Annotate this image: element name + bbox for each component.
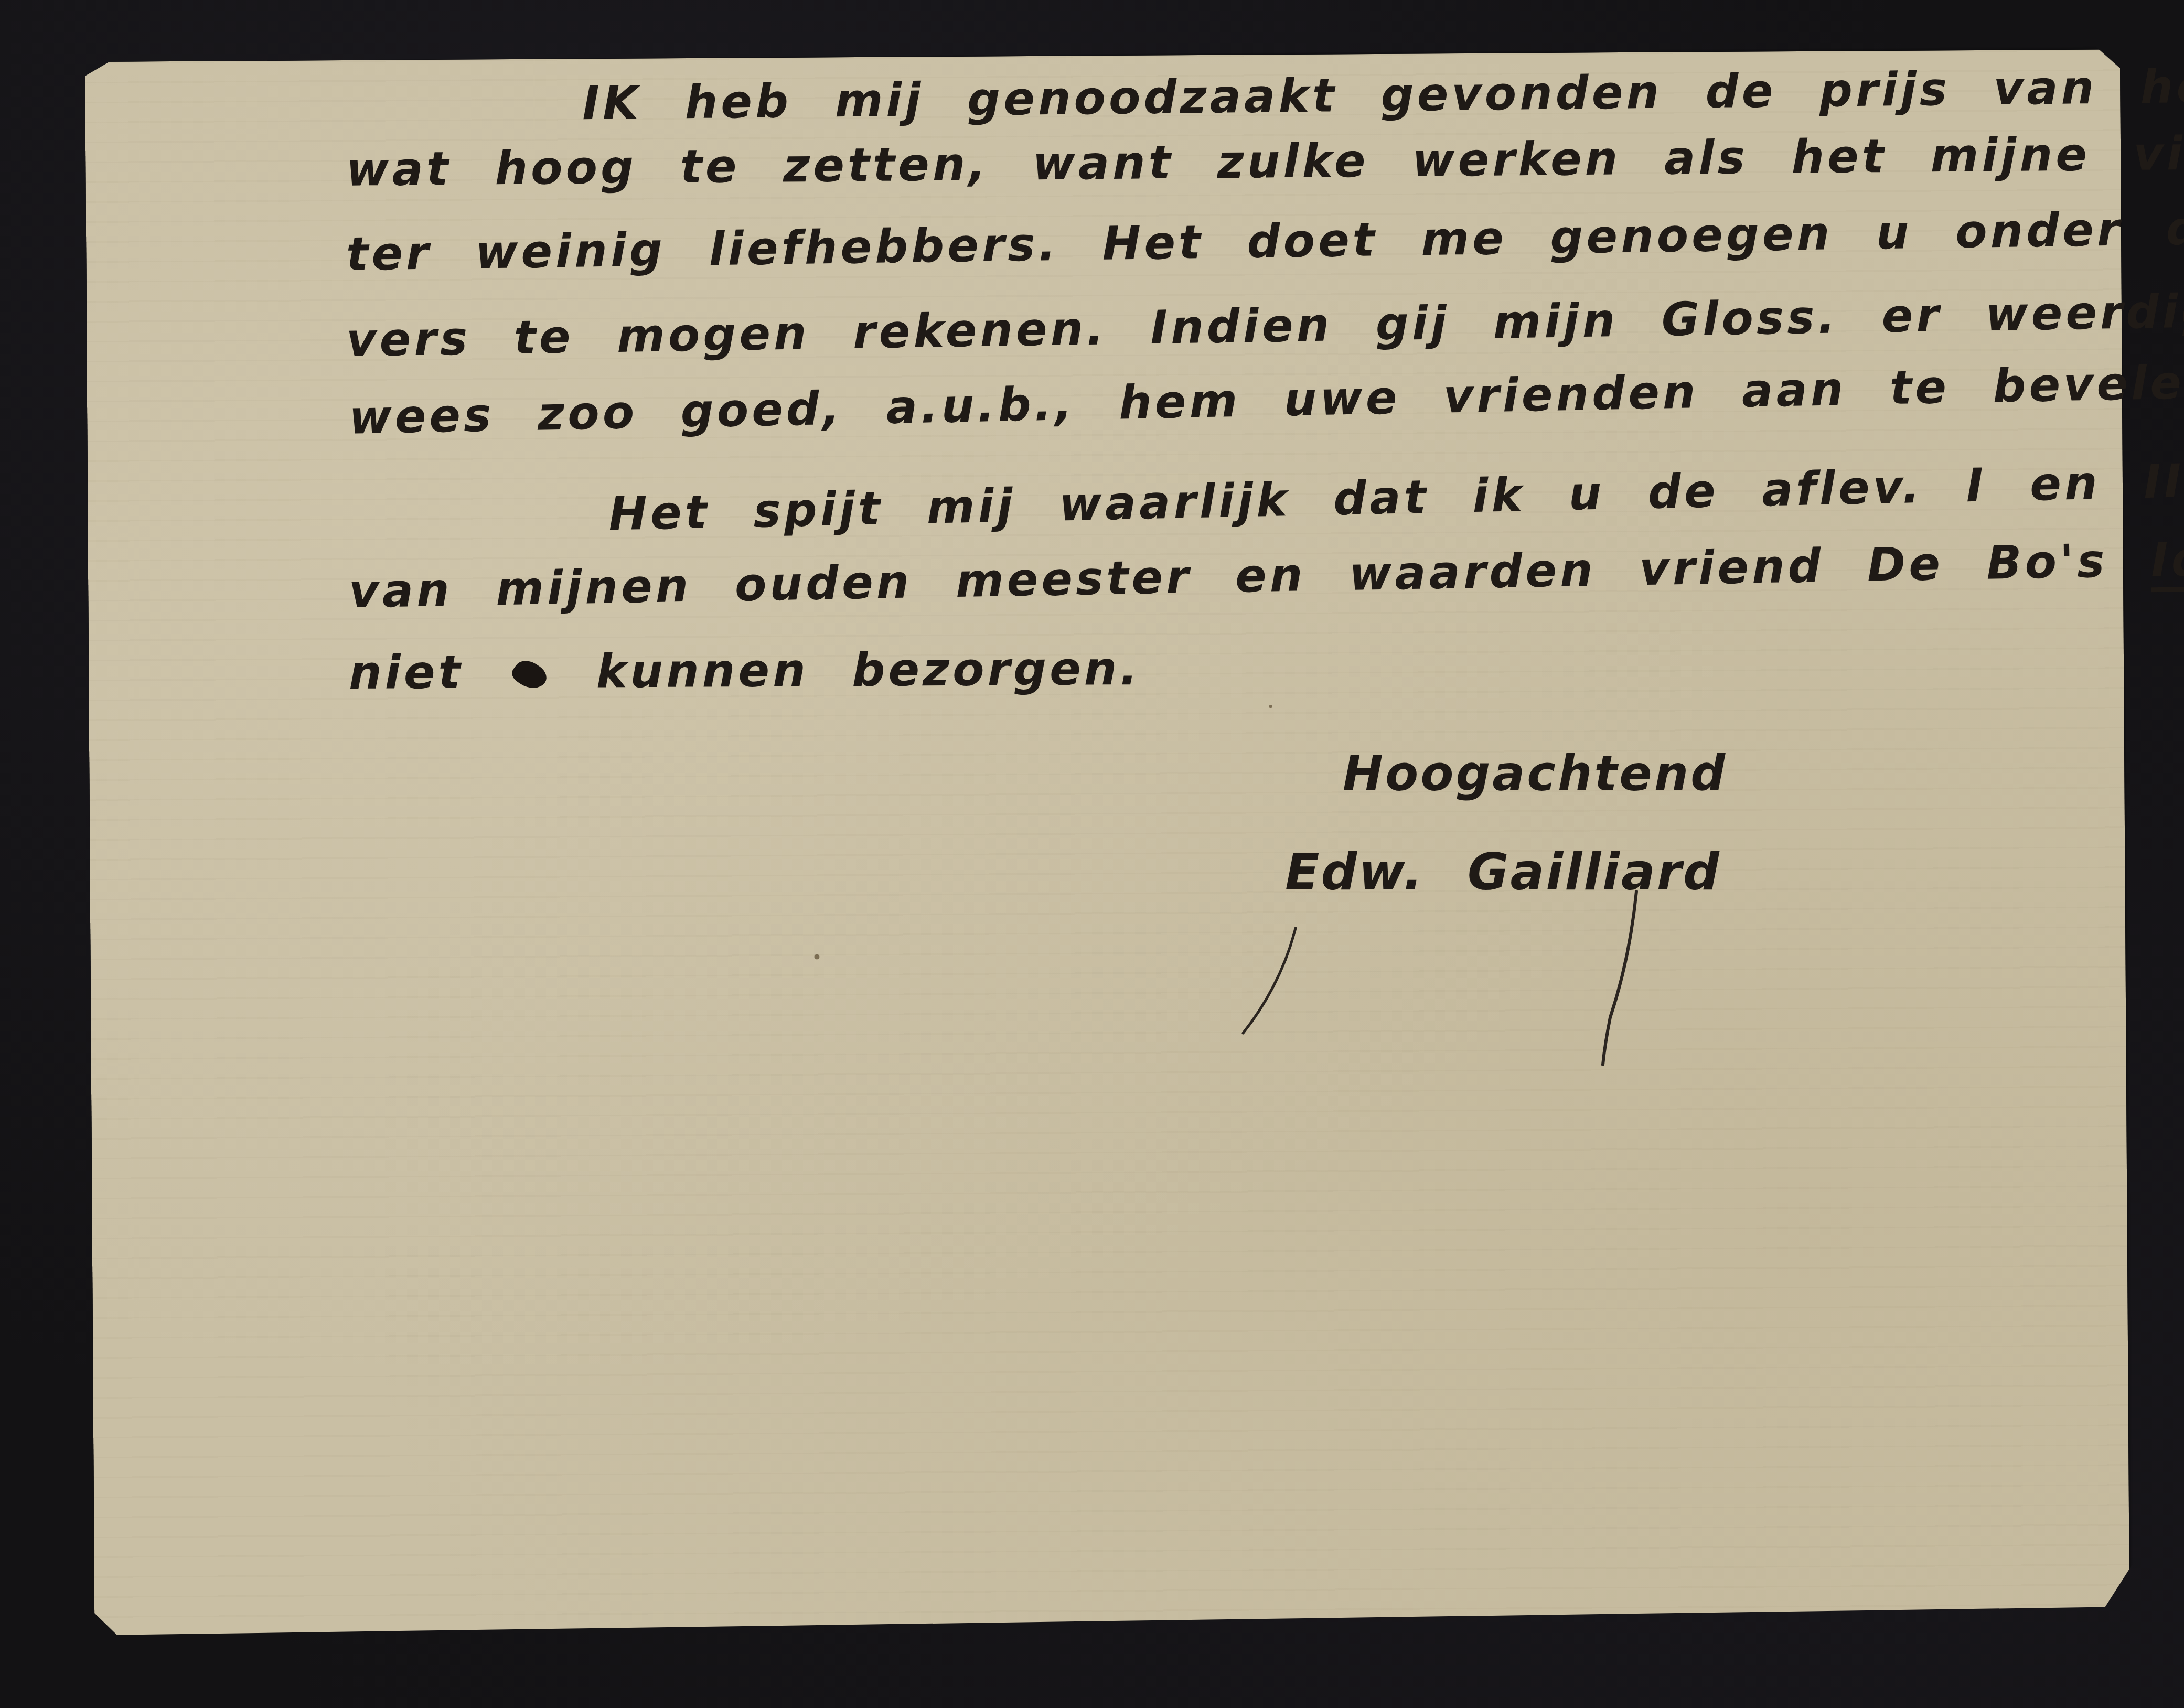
letter-text: niet xyxy=(349,645,464,700)
ink-speck xyxy=(814,954,819,959)
letter-sheet xyxy=(85,49,2129,1635)
letter-line-p2-3: niet kunnen bezorgen. xyxy=(349,646,1141,696)
letter-text: kunnen bezorgen. xyxy=(596,641,1141,698)
ink-blot-crossed-out-word xyxy=(509,655,551,695)
closing-salutation: Hoogachtend xyxy=(1343,750,1727,798)
ink-speck xyxy=(1269,705,1272,708)
underlined-title-idioticon: Idioticon xyxy=(2150,529,2184,587)
signature-flourish-icon xyxy=(1233,881,1652,1070)
